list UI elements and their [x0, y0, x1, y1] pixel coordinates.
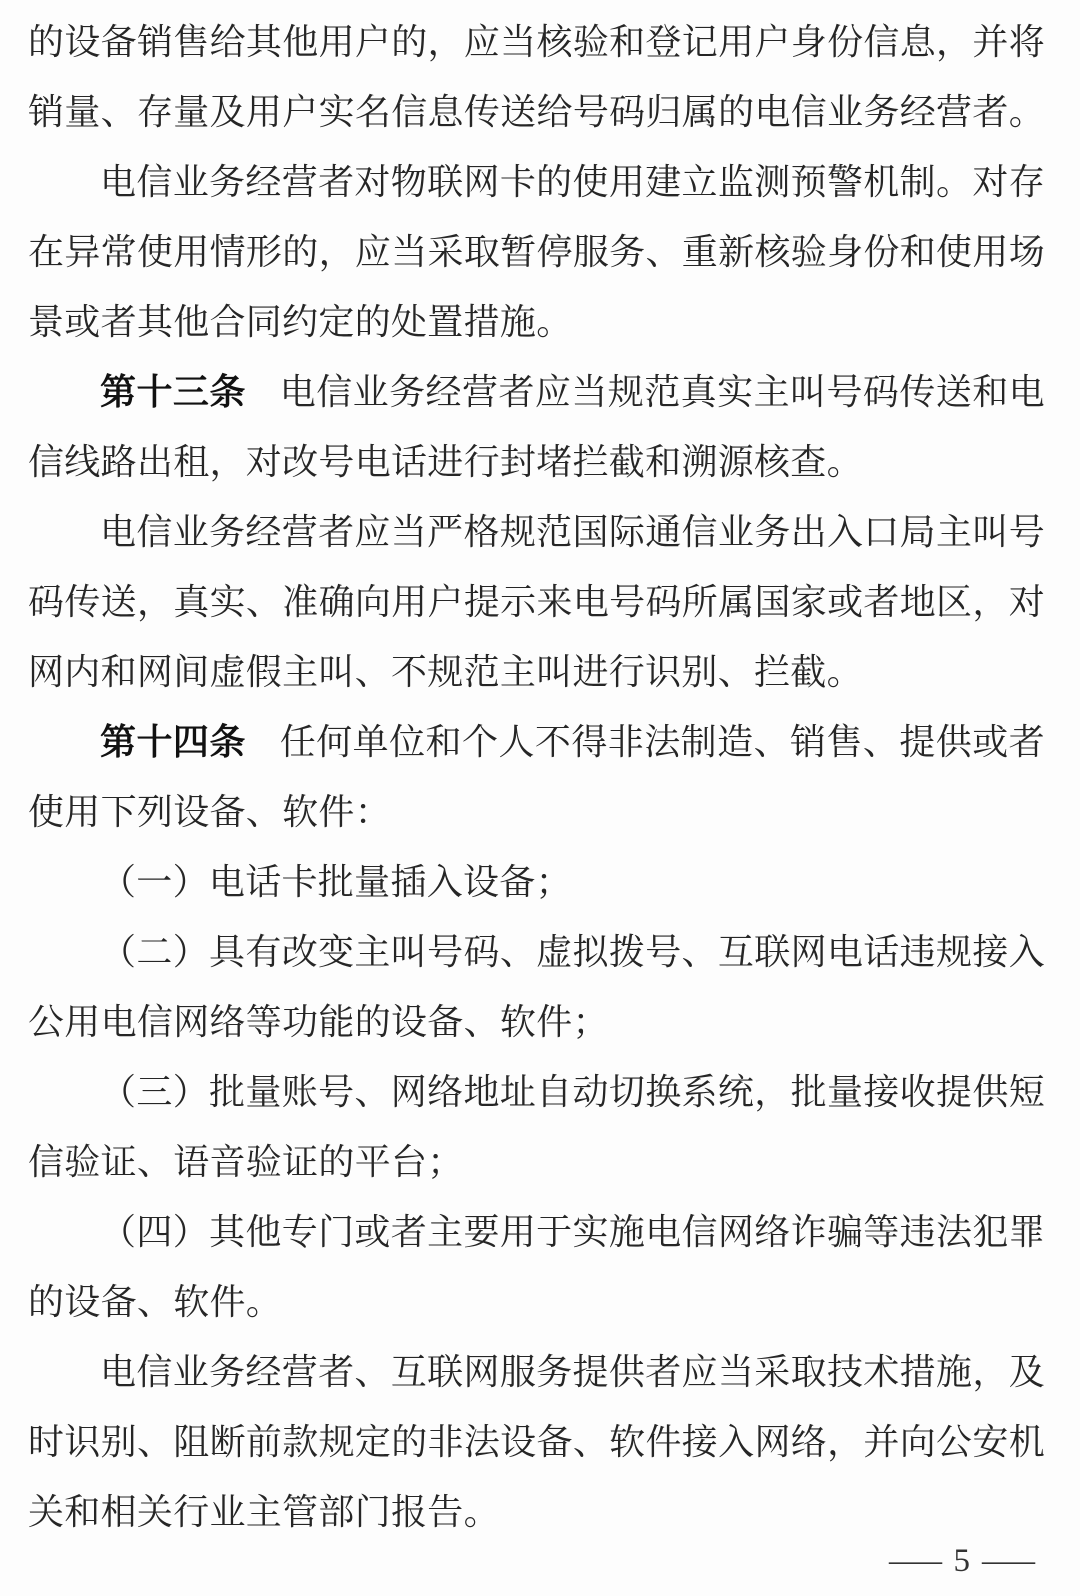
line-text: （二）具有改变主叫号码、虚拟拨号、互联网电话违规接入	[100, 932, 1045, 972]
text-line: 网内和网间虚假主叫、不规范主叫进行识别、拦截。	[28, 637, 1045, 707]
page-number-dash-right: —	[982, 1543, 1035, 1580]
text-line: 使用下列设备、软件：	[28, 777, 1045, 847]
line-text: 公用电信网络等功能的设备、软件；	[28, 1002, 609, 1042]
text-line: 码传送，真实、准确向用户提示来电号码所属国家或者地区，对	[28, 567, 1045, 637]
text-line: 在异常使用情形的，应当采取暂停服务、重新核验身份和使用场	[28, 217, 1045, 287]
text-line: 销量、存量及用户实名信息传送给号码归属的电信业务经营者。	[28, 77, 1045, 147]
line-text: （三）批量账号、网络地址自动切换系统，批量接收提供短	[100, 1072, 1045, 1112]
line-text: 关和相关行业主管部门报告。	[28, 1492, 500, 1532]
text-line: 公用电信网络等功能的设备、软件；	[28, 987, 1045, 1057]
text-line-item-2: （二）具有改变主叫号码、虚拟拨号、互联网电话违规接入	[28, 917, 1045, 987]
text-line: 景或者其他合同约定的处置措施。	[28, 287, 1045, 357]
text-line-article-14: 第十四条任何单位和个人不得非法制造、销售、提供或者	[28, 707, 1045, 777]
line-text: 电信业务经营者对物联网卡的使用建立监测预警机制。对存	[100, 162, 1045, 202]
article-14-label: 第十四条	[100, 721, 246, 762]
text-line-article-13: 第十三条电信业务经营者应当规范真实主叫号码传送和电	[28, 357, 1045, 427]
document-page: 的设备销售给其他用户的，应当核验和登记用户身份信息，并将 销量、存量及用户实名信…	[0, 0, 1080, 1596]
line-text: 景或者其他合同约定的处置措施。	[28, 302, 573, 342]
line-text: （一）电话卡批量插入设备；	[100, 862, 572, 902]
page-number: — 5 —	[899, 1543, 1026, 1580]
text-line: 关和相关行业主管部门报告。	[28, 1477, 1045, 1547]
page-number-value: 5	[954, 1543, 971, 1580]
text-line: 电信业务经营者、互联网服务提供者应当采取技术措施，及	[28, 1337, 1045, 1407]
text-line: 电信业务经营者对物联网卡的使用建立监测预警机制。对存	[28, 147, 1045, 217]
page-number-dash-left: —	[889, 1543, 942, 1580]
line-text: 电信业务经营者应当严格规范国际通信业务出入口局主叫号	[100, 512, 1045, 552]
line-text: 的设备销售给其他用户的，应当核验和登记用户身份信息，并将	[28, 22, 1045, 62]
article-13-label: 第十三条	[100, 371, 246, 412]
line-text: 销量、存量及用户实名信息传送给号码归属的电信业务经营者。	[28, 92, 1045, 132]
text-line: 时识别、阻断前款规定的非法设备、软件接入网络，并向公安机	[28, 1407, 1045, 1477]
line-text: 使用下列设备、软件：	[28, 792, 391, 832]
line-text: 码传送，真实、准确向用户提示来电号码所属国家或者地区，对	[28, 582, 1045, 622]
line-text: 电信业务经营者应当规范真实主叫号码传送和电	[280, 372, 1045, 412]
line-text: 电信业务经营者、互联网服务提供者应当采取技术措施，及	[100, 1352, 1045, 1392]
line-text: 信验证、语音验证的平台；	[28, 1142, 464, 1182]
text-line: 的设备、软件。	[28, 1267, 1045, 1337]
line-text: 任何单位和个人不得非法制造、销售、提供或者	[280, 722, 1045, 762]
line-text: 的设备、软件。	[28, 1282, 282, 1322]
text-line: 电信业务经营者应当严格规范国际通信业务出入口局主叫号	[28, 497, 1045, 567]
line-text: （四）其他专门或者主要用于实施电信网络诈骗等违法犯罪	[100, 1212, 1045, 1252]
line-text: 时识别、阻断前款规定的非法设备、软件接入网络，并向公安机	[28, 1422, 1045, 1462]
text-line: 信线路出租，对改号电话进行封堵拦截和溯源核查。	[28, 427, 1045, 497]
text-line-item-3: （三）批量账号、网络地址自动切换系统，批量接收提供短	[28, 1057, 1045, 1127]
line-text: 在异常使用情形的，应当采取暂停服务、重新核验身份和使用场	[28, 232, 1045, 272]
line-text: 信线路出租，对改号电话进行封堵拦截和溯源核查。	[28, 442, 863, 482]
line-text: 网内和网间虚假主叫、不规范主叫进行识别、拦截。	[28, 652, 863, 692]
text-line: 信验证、语音验证的平台；	[28, 1127, 1045, 1197]
text-line-item-4: （四）其他专门或者主要用于实施电信网络诈骗等违法犯罪	[28, 1197, 1045, 1267]
text-line-item-1: （一）电话卡批量插入设备；	[28, 847, 1045, 917]
text-line: 的设备销售给其他用户的，应当核验和登记用户身份信息，并将	[28, 7, 1045, 77]
